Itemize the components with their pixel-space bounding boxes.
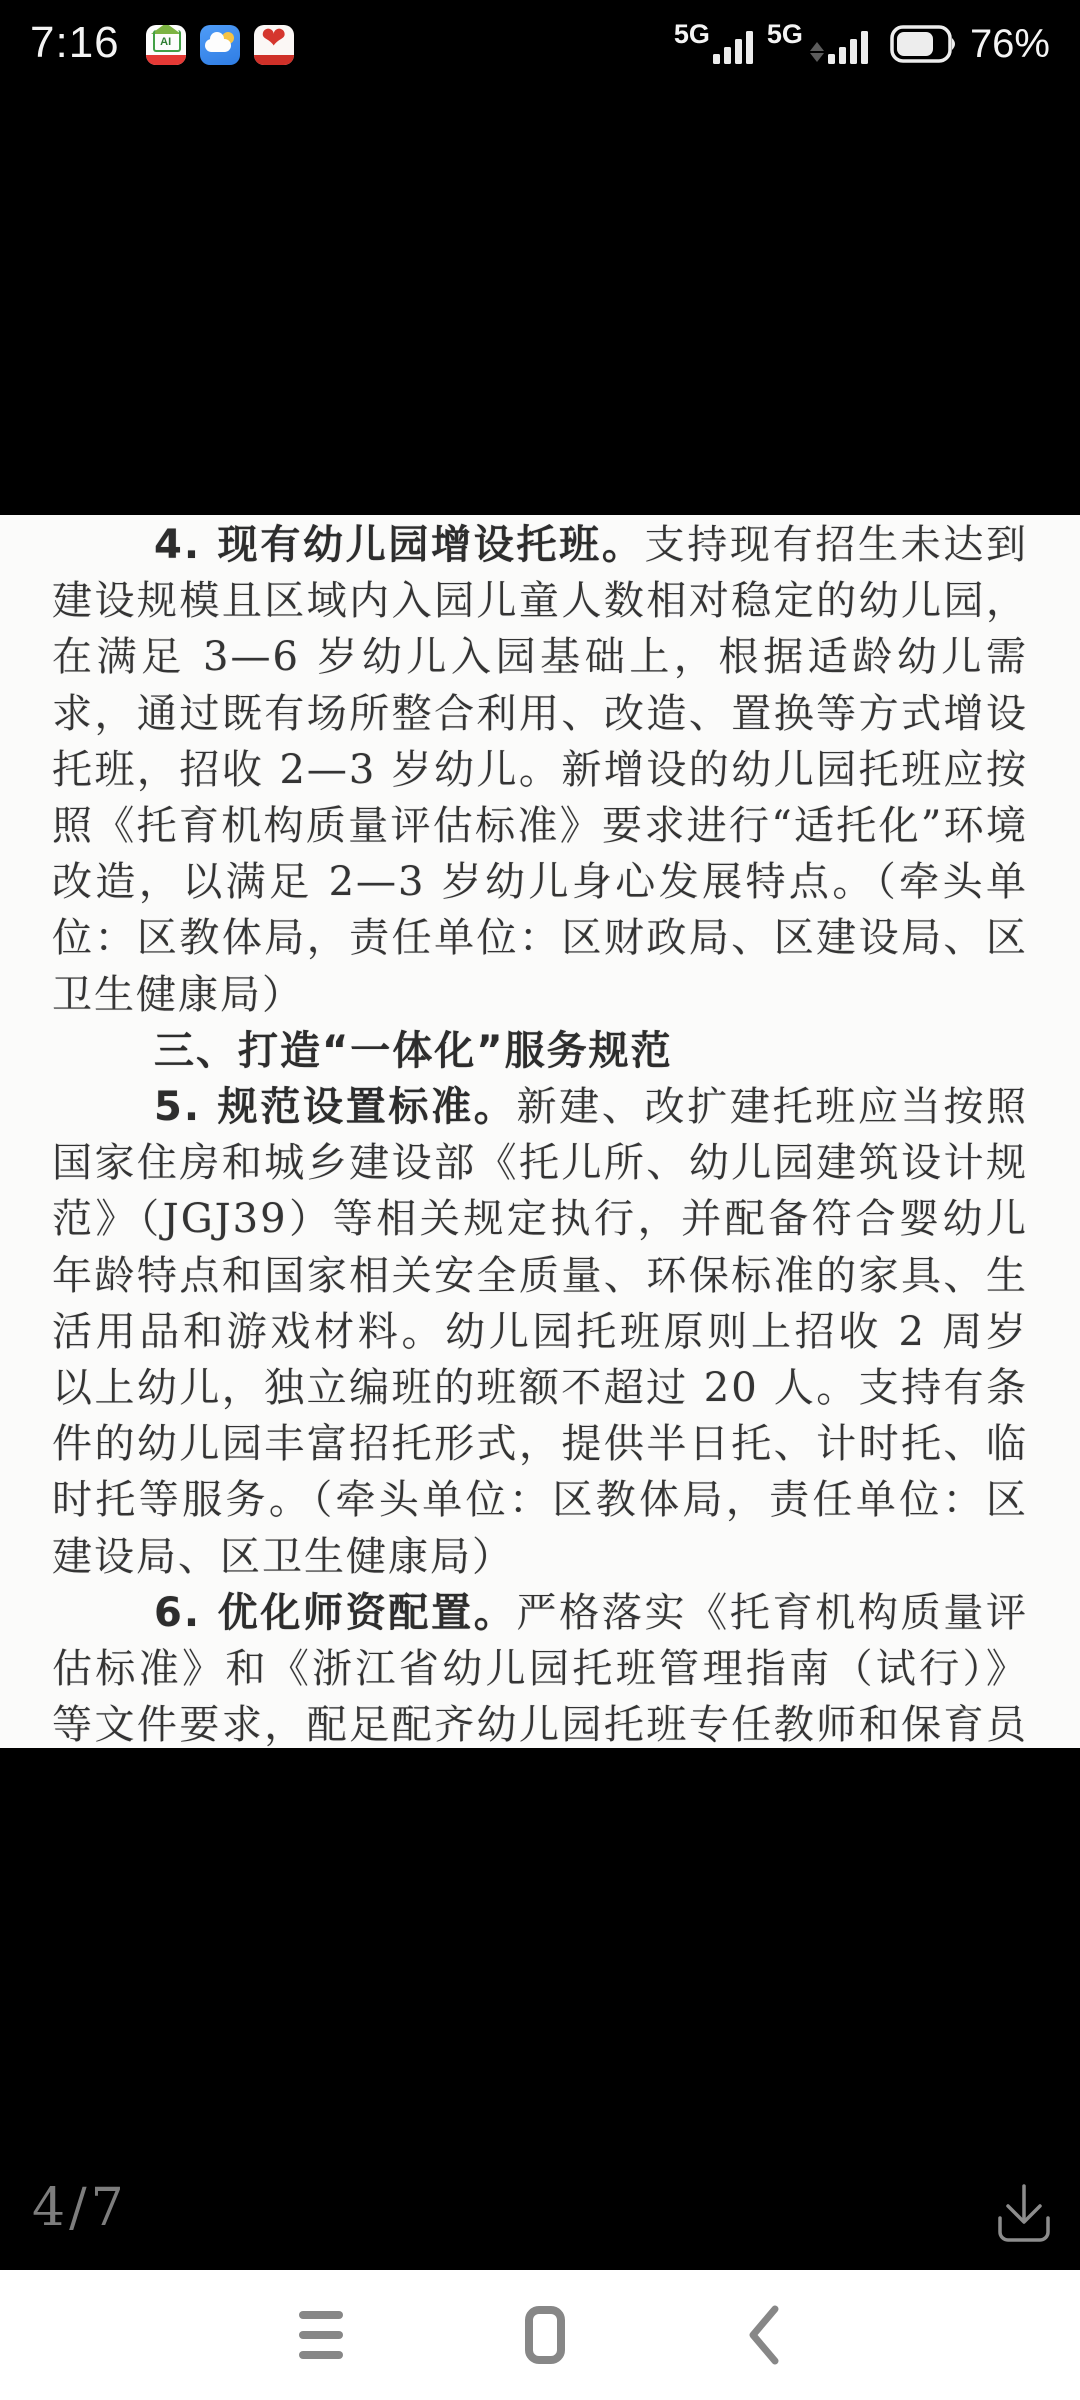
download-icon: [996, 2182, 1052, 2244]
menu-icon: [299, 2311, 343, 2359]
battery-fill: [897, 32, 933, 56]
icon-ribbon: [254, 55, 294, 65]
paragraph-4: 4. 现有幼儿园增设托班。支持现有招生未达到建设规模且区域内入园儿童人数相对稳定…: [52, 517, 1028, 1023]
menu-button[interactable]: [299, 2303, 343, 2367]
text-segment-normal: 支持现有招生未达到建设规模且区域内入园儿童人数相对稳定的幼儿园，在满足 3—6 …: [52, 522, 1028, 905]
sim2-signal-icon: [828, 30, 872, 64]
paragraph-5: 5. 规范设置标准。新建、改扩建托班应当按照国家住房和城乡建设部《托儿所、幼儿园…: [52, 1079, 1028, 1585]
sim2-network: 5G: [767, 21, 872, 64]
status-bar-right: 5G 5G 76%: [674, 21, 1050, 64]
weather-app-icon: [200, 25, 240, 65]
sim1-network: 5G: [674, 21, 757, 64]
paragraph-6: 6. 优化师资配置。严格落实《托育机构质量评估标准》和《浙江省幼儿园托班管理指南…: [52, 1585, 1028, 1748]
heart-icon: ❤: [254, 25, 294, 56]
text-segment-bold: 三、打造“一体化”服务规范: [154, 1028, 673, 1074]
download-button[interactable]: [996, 2182, 1052, 2244]
clock: 7:16: [30, 18, 120, 68]
sim1-5g-label: 5G: [674, 21, 710, 48]
back-button[interactable]: [747, 2303, 781, 2367]
data-activity-icon: [810, 42, 824, 62]
page-indicator: 4/7: [32, 2178, 128, 2238]
phone-screen: { "statusbar": { "time": "7:16", "sim1_l…: [0, 0, 1080, 2400]
notification-app-icons: AI ❤: [146, 25, 294, 65]
icon-ribbon: [146, 55, 186, 65]
document-page[interactable]: 4. 现有幼儿园增设托班。支持现有招生未达到建设规模且区域内入园儿童人数相对稳定…: [0, 515, 1080, 1748]
battery-icon: [890, 25, 958, 63]
ai-home-app-icon: AI: [146, 25, 186, 65]
home-button[interactable]: [525, 2303, 565, 2367]
section-heading-3: 三、打造“一体化”服务规范: [52, 1023, 1028, 1079]
home-icon: [525, 2306, 565, 2364]
text-segment-bold: 4. 现有幼儿园增设托班。: [154, 522, 645, 568]
text-segment-bold: 6. 优化师资配置。: [154, 1590, 516, 1636]
ai-label: AI: [146, 36, 186, 48]
text-segment-normal: 新建、改扩建托班应当按照国家住房和城乡建设部《托儿所、幼儿园建筑设计规范》（JG…: [52, 1084, 1028, 1523]
cloud-icon: [205, 39, 231, 52]
text-segment-bold: 5. 规范设置标准。: [154, 1084, 516, 1130]
back-chevron-icon: [747, 2305, 781, 2365]
battery-percent-label: 76%: [970, 24, 1050, 64]
navigation-bar: [0, 2270, 1080, 2400]
status-bar: 7:16 AI ❤ 5G 5G: [0, 0, 1080, 84]
sim2-5g-label: 5G: [767, 21, 803, 48]
health-heart-app-icon: ❤: [254, 25, 294, 65]
sim1-signal-icon: [713, 30, 757, 64]
